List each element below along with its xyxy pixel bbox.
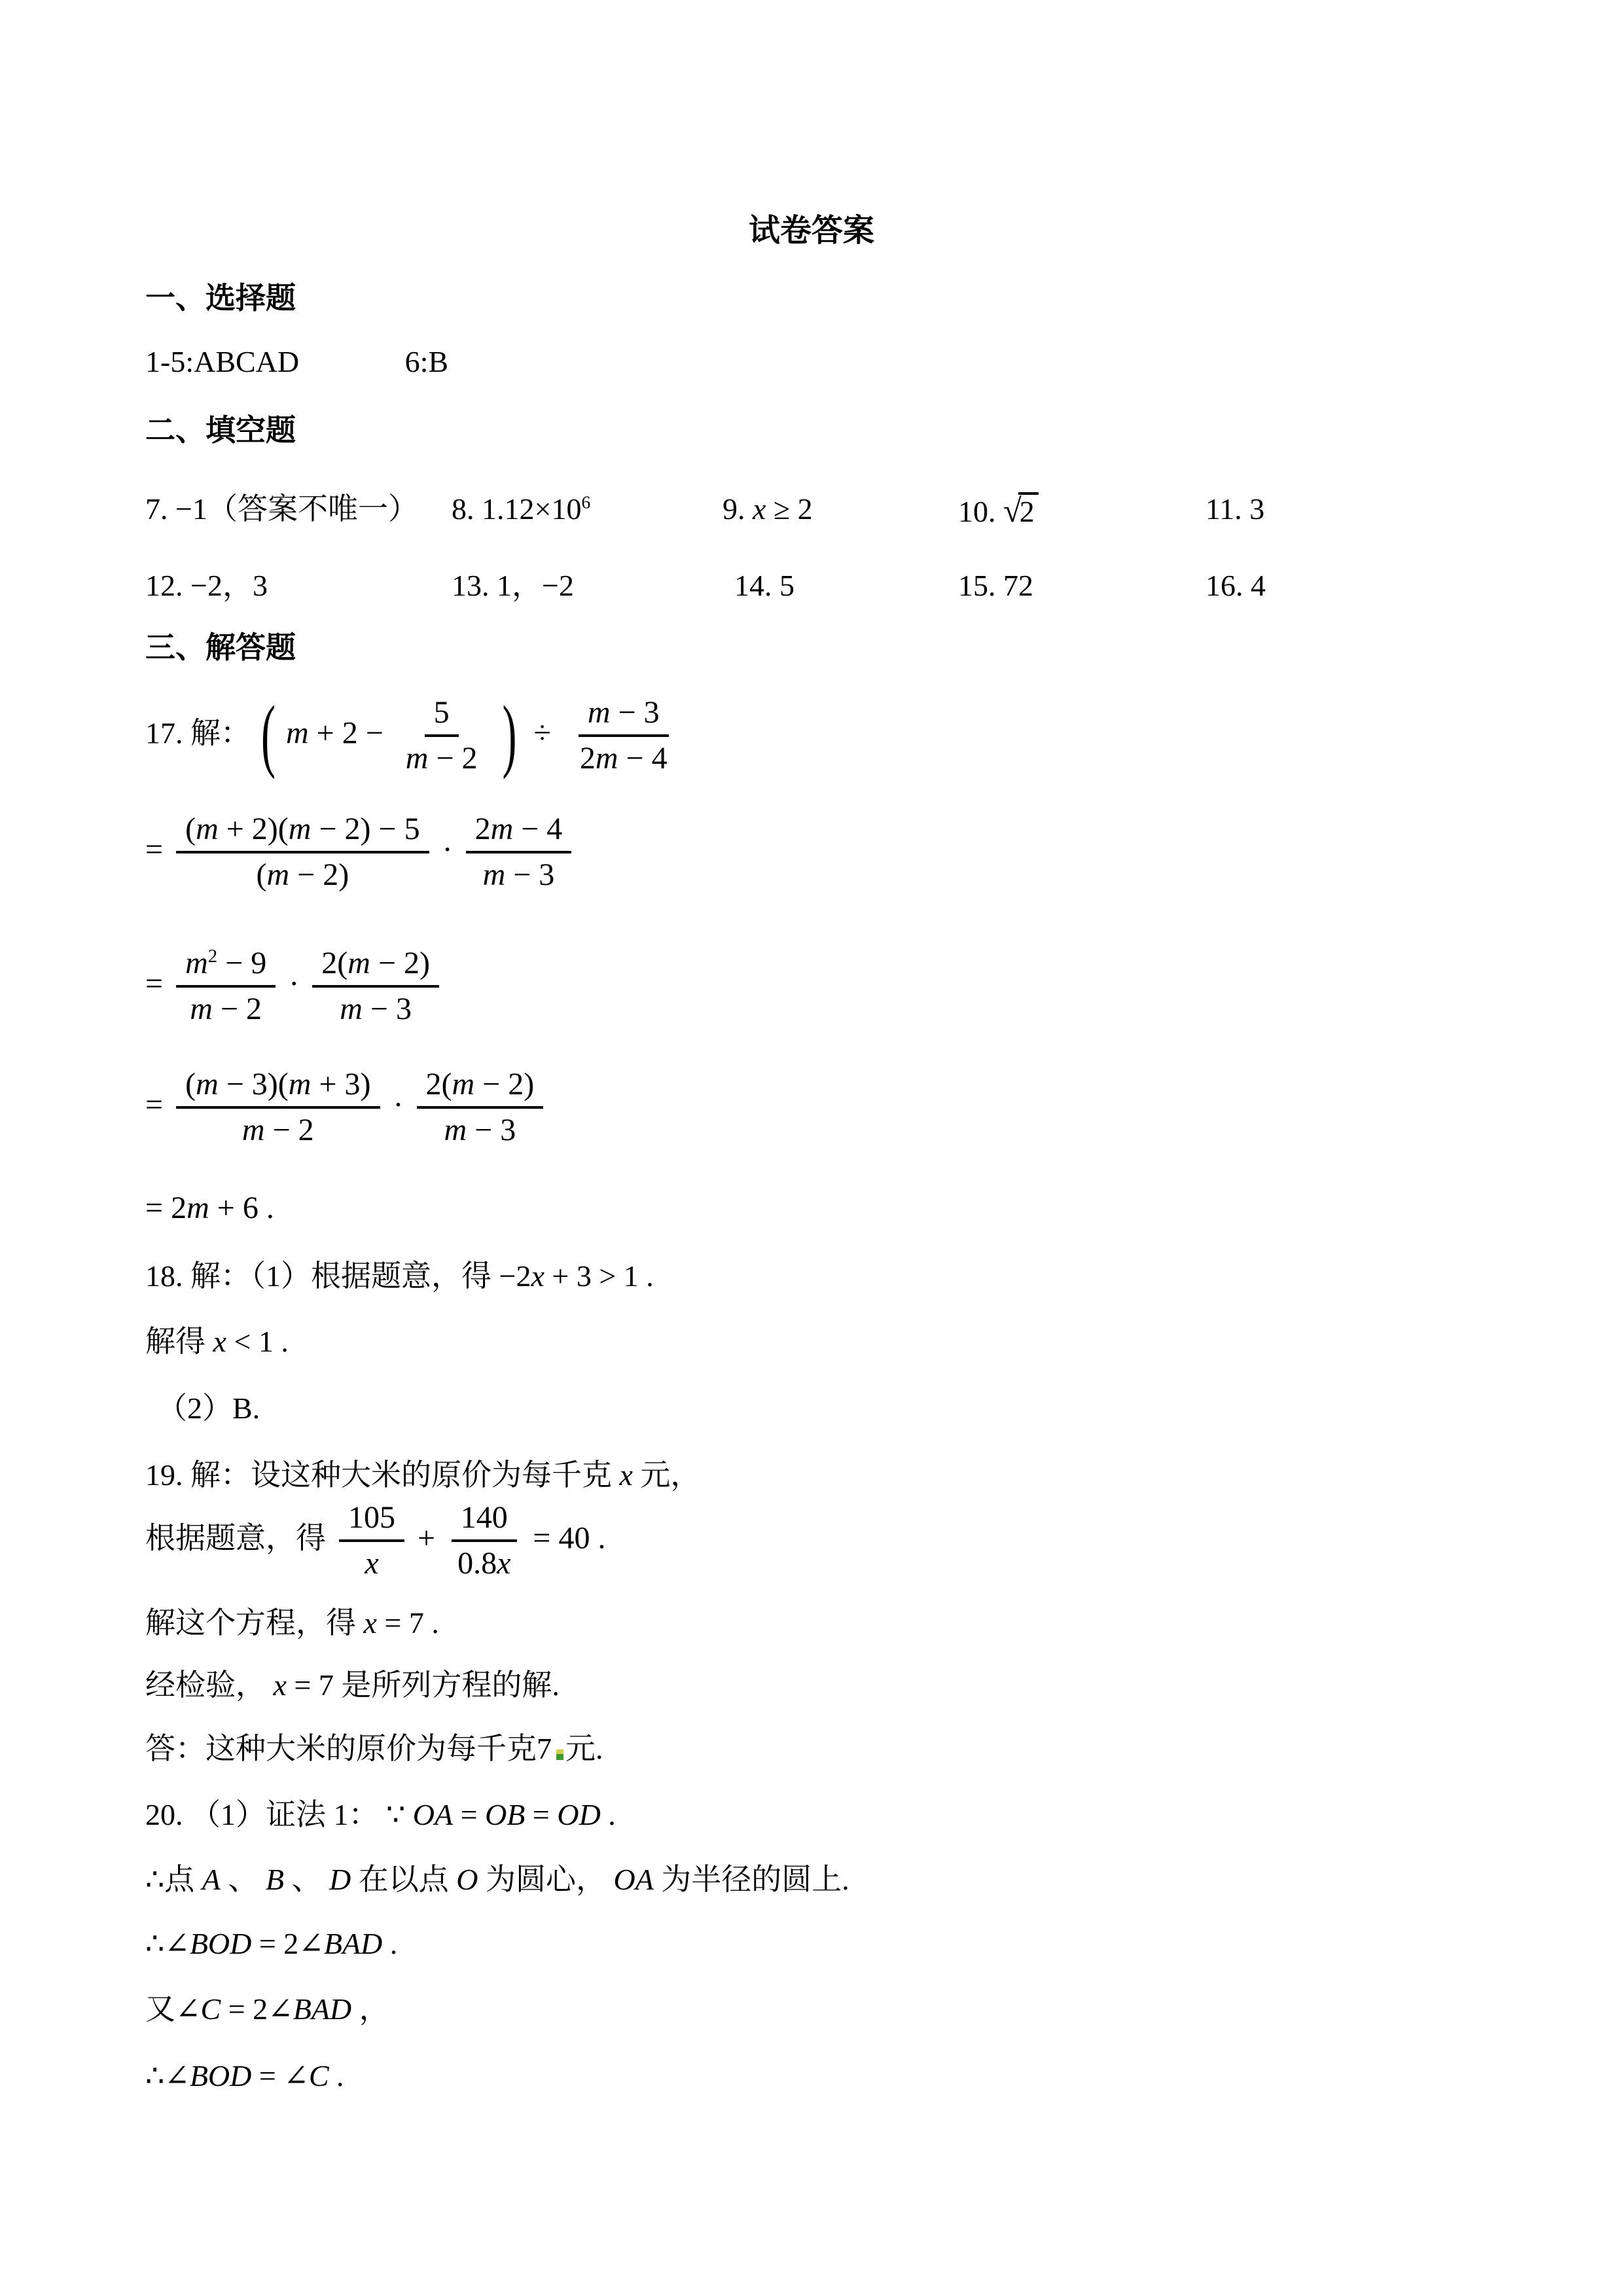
division-sign: ÷	[534, 715, 551, 750]
fraction-denominator: 2m − 4	[571, 737, 677, 776]
p17-result: = 2m + 6 .	[145, 1188, 274, 1229]
p20-line1: 20. （1）证法 1： ∵ OA = OB = OD .	[145, 1795, 616, 1835]
p18-line2: 解得 x < 1 .	[145, 1322, 289, 1361]
page-title: 试卷答案	[0, 211, 1623, 251]
equals-sign: =	[145, 832, 163, 867]
fraction-denominator: 0.8x	[448, 1542, 520, 1581]
p19-line5-text: 答：这种大米的原价为每千克7	[145, 1732, 552, 1765]
p18-line3: （2）B.	[157, 1389, 260, 1428]
highlight-mark	[556, 1749, 563, 1760]
fill-answer-15: 15. 72	[958, 566, 1033, 605]
p17-label: 17. 解：	[145, 716, 251, 749]
p19-line1: 19. 解：设这种大米的原价为每千克 x 元，	[145, 1456, 700, 1495]
fraction-numerator: 2(m − 2)	[417, 1067, 544, 1109]
close-paren: )	[503, 695, 517, 777]
multiplication-dot: ·	[393, 1087, 404, 1122]
fraction-denominator: m − 2	[181, 988, 271, 1027]
fraction: (m − 3)(m + 3) m − 2	[176, 1067, 380, 1149]
fill-answer-10: 10. √2	[958, 490, 1039, 533]
p17-step2: = m2 − 9 m − 2 · 2(m − 2) m − 3	[145, 946, 444, 1028]
section-heading-solve: 三、解答题	[145, 628, 296, 668]
fraction: 105 x	[339, 1500, 404, 1582]
fill-answer-7: 7. −1（答案不唯一）	[145, 490, 418, 529]
fraction-numerator: (m + 2)(m − 2) − 5	[176, 812, 429, 853]
choice-answer-6: 6:B	[405, 342, 448, 382]
fill-answer-8: 8. 1.12×106	[452, 490, 590, 529]
sqrt-expression: √2	[1003, 495, 1039, 528]
fill-answer-13: 13. 1，−2	[452, 566, 574, 605]
fill-answer-16: 16. 4	[1205, 566, 1266, 605]
p17-step3: = (m − 3)(m + 3) m − 2 · 2(m − 2) m − 3	[145, 1067, 548, 1149]
fraction: 5 m − 2	[397, 695, 487, 777]
fill-answer-11: 11. 3	[1205, 490, 1264, 529]
p18-line1: 18. 解：（1）根据题意，得 −2x + 3 > 1 .	[145, 1257, 654, 1296]
p19-eq-pre: 根据题意，得	[145, 1521, 326, 1554]
fraction-numerator: (m − 3)(m + 3)	[176, 1067, 380, 1109]
fraction: m − 3 2m − 4	[571, 695, 677, 777]
p20-line2: ∴点 A 、 B 、 D 在以点 O 为圆心， OA 为半径的圆上.	[145, 1860, 849, 1899]
fraction-numerator: m − 3	[579, 695, 669, 737]
fraction-numerator: 5	[425, 695, 459, 737]
choice-answers-row: 1-5:ABCAD 6:B	[145, 342, 448, 382]
multiplication-dot: ·	[442, 832, 453, 867]
fraction-denominator: m − 2	[233, 1109, 323, 1148]
fraction-denominator: m − 2	[397, 737, 487, 776]
fill-answer-12: 12. −2，3	[145, 566, 268, 605]
p19-line3: 解这个方程，得 x = 7 .	[145, 1604, 439, 1643]
fraction-denominator: m − 3	[435, 1109, 525, 1148]
fraction-denominator: m − 3	[474, 853, 564, 893]
p20-line4: 又∠C = 2∠BAD ，	[145, 1990, 389, 2029]
p19-equation: 根据题意，得 105 x + 140 0.8x = 40 .	[145, 1500, 605, 1582]
open-paren: (	[261, 695, 276, 777]
fraction: 2(m − 2) m − 3	[312, 946, 439, 1028]
p19-line5: 答：这种大米的原价为每千克7元.	[145, 1729, 603, 1768]
plus-sign: +	[418, 1520, 435, 1555]
fill-answer-10-label: 10.	[958, 495, 996, 528]
fraction: 2(m − 2) m − 3	[417, 1067, 544, 1149]
p20-line5: ∴∠BOD = ∠C .	[145, 2056, 344, 2096]
fraction-denominator: (m − 2)	[247, 853, 358, 893]
p17-expr-pre: m + 2 −	[286, 715, 383, 750]
choice-answers-1-5: 1-5:ABCAD	[145, 345, 299, 378]
p19-line5-unit: 元.	[565, 1732, 603, 1765]
fraction: 2m − 4 m − 3	[466, 812, 572, 893]
fraction-numerator: m2 − 9	[176, 946, 276, 988]
section-heading-choice: 一、选择题	[145, 279, 296, 318]
radicand: 2	[1018, 492, 1039, 528]
multiplication-dot: ·	[289, 966, 299, 1001]
fraction: (m + 2)(m − 2) − 5 (m − 2)	[176, 812, 429, 893]
fraction-numerator: 2m − 4	[466, 812, 572, 853]
equals-sign: =	[145, 966, 163, 1001]
p19-line4: 经检验， x = 7 是所列方程的解.	[145, 1666, 560, 1705]
fraction-denominator: m − 3	[330, 988, 421, 1027]
fraction-denominator: x	[355, 1542, 387, 1581]
p20-line3: ∴∠BOD = 2∠BAD .	[145, 1924, 397, 1964]
document-page: 试卷答案 一、选择题 1-5:ABCAD 6:B 二、填空题 7. −1（答案不…	[0, 0, 1623, 2296]
fraction: 140 0.8x	[448, 1500, 520, 1582]
equals-sign: =	[145, 1087, 163, 1122]
fraction: m2 − 9 m − 2	[176, 946, 276, 1028]
p17-expression: 17. 解： ( m + 2 − 5 m − 2 ) ÷ m − 3 2m − …	[145, 695, 682, 777]
fraction-numerator: 140	[452, 1500, 517, 1542]
fill-answer-9: 9. x ≥ 2	[722, 490, 813, 529]
fill-answer-14: 14. 5	[734, 566, 794, 605]
p19-eq-result: = 40 .	[533, 1520, 605, 1555]
section-heading-fill: 二、填空题	[145, 411, 296, 450]
fraction-numerator: 2(m − 2)	[312, 946, 439, 988]
p17-step1: = (m + 2)(m − 2) − 5 (m − 2) · 2m − 4 m …	[145, 812, 577, 893]
fraction-numerator: 105	[339, 1500, 404, 1542]
